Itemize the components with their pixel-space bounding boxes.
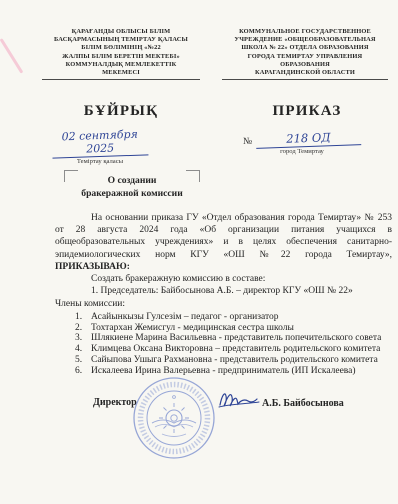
member-text: Сайыпова Ушыга Рахмановна - представител…	[91, 355, 378, 365]
letterhead-kk-line: БАСҚАРМАСЫНЫҢ ТЕМІРТАУ ҚАЛАСЫ	[42, 36, 200, 44]
place-label-russian: город Темиртау	[243, 148, 361, 155]
members-list: 1.Асайынкызы Гулсезім – педагог - органи…	[55, 312, 392, 377]
member-number: 1.	[75, 312, 87, 323]
pink-pen-mark	[0, 38, 23, 73]
member-number: 2.	[75, 323, 87, 334]
order-number-block: № 218 ОД город Темиртау	[243, 131, 361, 155]
handwritten-signature	[216, 387, 262, 413]
member-number: 6.	[75, 366, 87, 377]
member-text: Искалеева Ирина Валерьевна - предпринима…	[91, 366, 356, 376]
letterhead-russian: КОММУНАЛЬНОЕ ГОСУДАРСТВЕННОЕ УЧРЕЖДЕНИЕ …	[222, 28, 388, 80]
members-label: Члены комиссии:	[55, 298, 392, 310]
member-item: 4.Климцева Оксана Викторовна – представи…	[75, 344, 392, 355]
corner-bracket-left	[64, 170, 78, 182]
member-item: 6.Искалеева Ирина Валерьевна - предприни…	[75, 366, 392, 377]
subject-line-2: бракеражной комиссии	[64, 188, 200, 201]
corner-bracket-right	[186, 170, 200, 182]
member-item: 3.Шлякиене Марина Васильевна - представи…	[75, 333, 392, 344]
letterhead-ru-line: ОБРАЗОВАНИЯ	[222, 61, 388, 69]
letterhead-ru-line: КОММУНАЛЬНОЕ ГОСУДАРСТВЕННОЕ	[222, 28, 388, 36]
order-title-russian: ПРИКАЗ	[248, 103, 366, 120]
letterhead-kazakh: ҚАРАҒАНДЫ ОБЛЫСЫ БІЛІМ БАСҚАРМАСЫНЫҢ ТЕМ…	[42, 28, 200, 80]
letterhead-kk-line: КОММУНАЛДЫҚ МЕМЛЕКЕТТІК	[42, 61, 200, 69]
member-text: Асайынкызы Гулсезім – педагог - организа…	[91, 312, 278, 322]
letterhead-ru-line: КАРАГАНДИНСКОЙ ОБЛАСТИ	[222, 69, 388, 77]
handwritten-order-number: 218 ОД	[256, 129, 361, 149]
order-subject: О создании бракеражной комиссии	[64, 170, 200, 200]
order-body: На основании приказа ГУ «Отдел образован…	[55, 212, 392, 377]
director-name: А.Б. Байбосынова	[262, 398, 344, 409]
member-text: Шлякиене Марина Васильевна - представите…	[91, 333, 381, 343]
letterhead-ru-line: УЧРЕЖДЕНИЕ «ОБЩЕОБРАЗОВАТЕЛЬНАЯ	[222, 36, 388, 44]
place-label-kazakh: Теміртау қаласы	[52, 158, 148, 165]
member-item: 2.Тохтархан Жемисгул - медицинская сестр…	[75, 323, 392, 334]
member-number: 5.	[75, 355, 87, 366]
chairman-line: 1. Председатель: Байбосынова А.Б. – дире…	[55, 285, 392, 297]
order-word: ПРИКАЗЫВАЮ:	[55, 261, 392, 273]
number-sign-label: №	[243, 137, 252, 147]
letterhead-kk-line: ЖАЛПЫ БІЛІМ БЕРЕТІН МЕКТЕБІ»	[42, 53, 200, 61]
letterhead-kk-line: БІЛІМ БӨЛІМІНІҢ «№22	[42, 44, 200, 52]
member-number: 4.	[75, 344, 87, 355]
director-label: Директор	[93, 397, 137, 408]
member-number: 3.	[75, 333, 87, 344]
scanned-order-document: ҚАРАҒАНДЫ ОБЛЫСЫ БІЛІМ БАСҚАРМАСЫНЫҢ ТЕМ…	[0, 0, 398, 504]
preamble-paragraph: На основании приказа ГУ «Отдел образован…	[55, 212, 392, 261]
handwritten-date: 02 сентября 2025	[52, 127, 149, 158]
official-round-stamp-icon	[132, 376, 216, 460]
date-block: 02 сентября 2025 Теміртау қаласы	[52, 129, 148, 165]
letterhead-ru-line: ГОРОДА ТЕМИРТАУ УПРАВЛЕНИЯ	[222, 53, 388, 61]
member-text: Тохтархан Жемисгул - медицинская сестра …	[91, 323, 294, 333]
letterhead-ru-line: ШКОЛА № 22» ОТДЕЛА ОБРАЗОВАНИЯ	[222, 44, 388, 52]
order-title-kazakh: БҰЙРЫҚ	[60, 103, 182, 120]
member-item: 5.Сайыпова Ушыга Рахмановна - представит…	[75, 355, 392, 366]
create-commission-line: Создать бракеражную комиссию в составе:	[55, 273, 392, 285]
letterhead-kk-line: МЕКЕМЕСІ	[42, 69, 200, 77]
letterhead-kk-line: ҚАРАҒАНДЫ ОБЛЫСЫ БІЛІМ	[42, 28, 200, 36]
member-item: 1.Асайынкызы Гулсезім – педагог - органи…	[75, 312, 392, 323]
member-text: Климцева Оксана Викторовна – представите…	[91, 344, 380, 354]
subject-line-1: О создании	[64, 175, 200, 188]
